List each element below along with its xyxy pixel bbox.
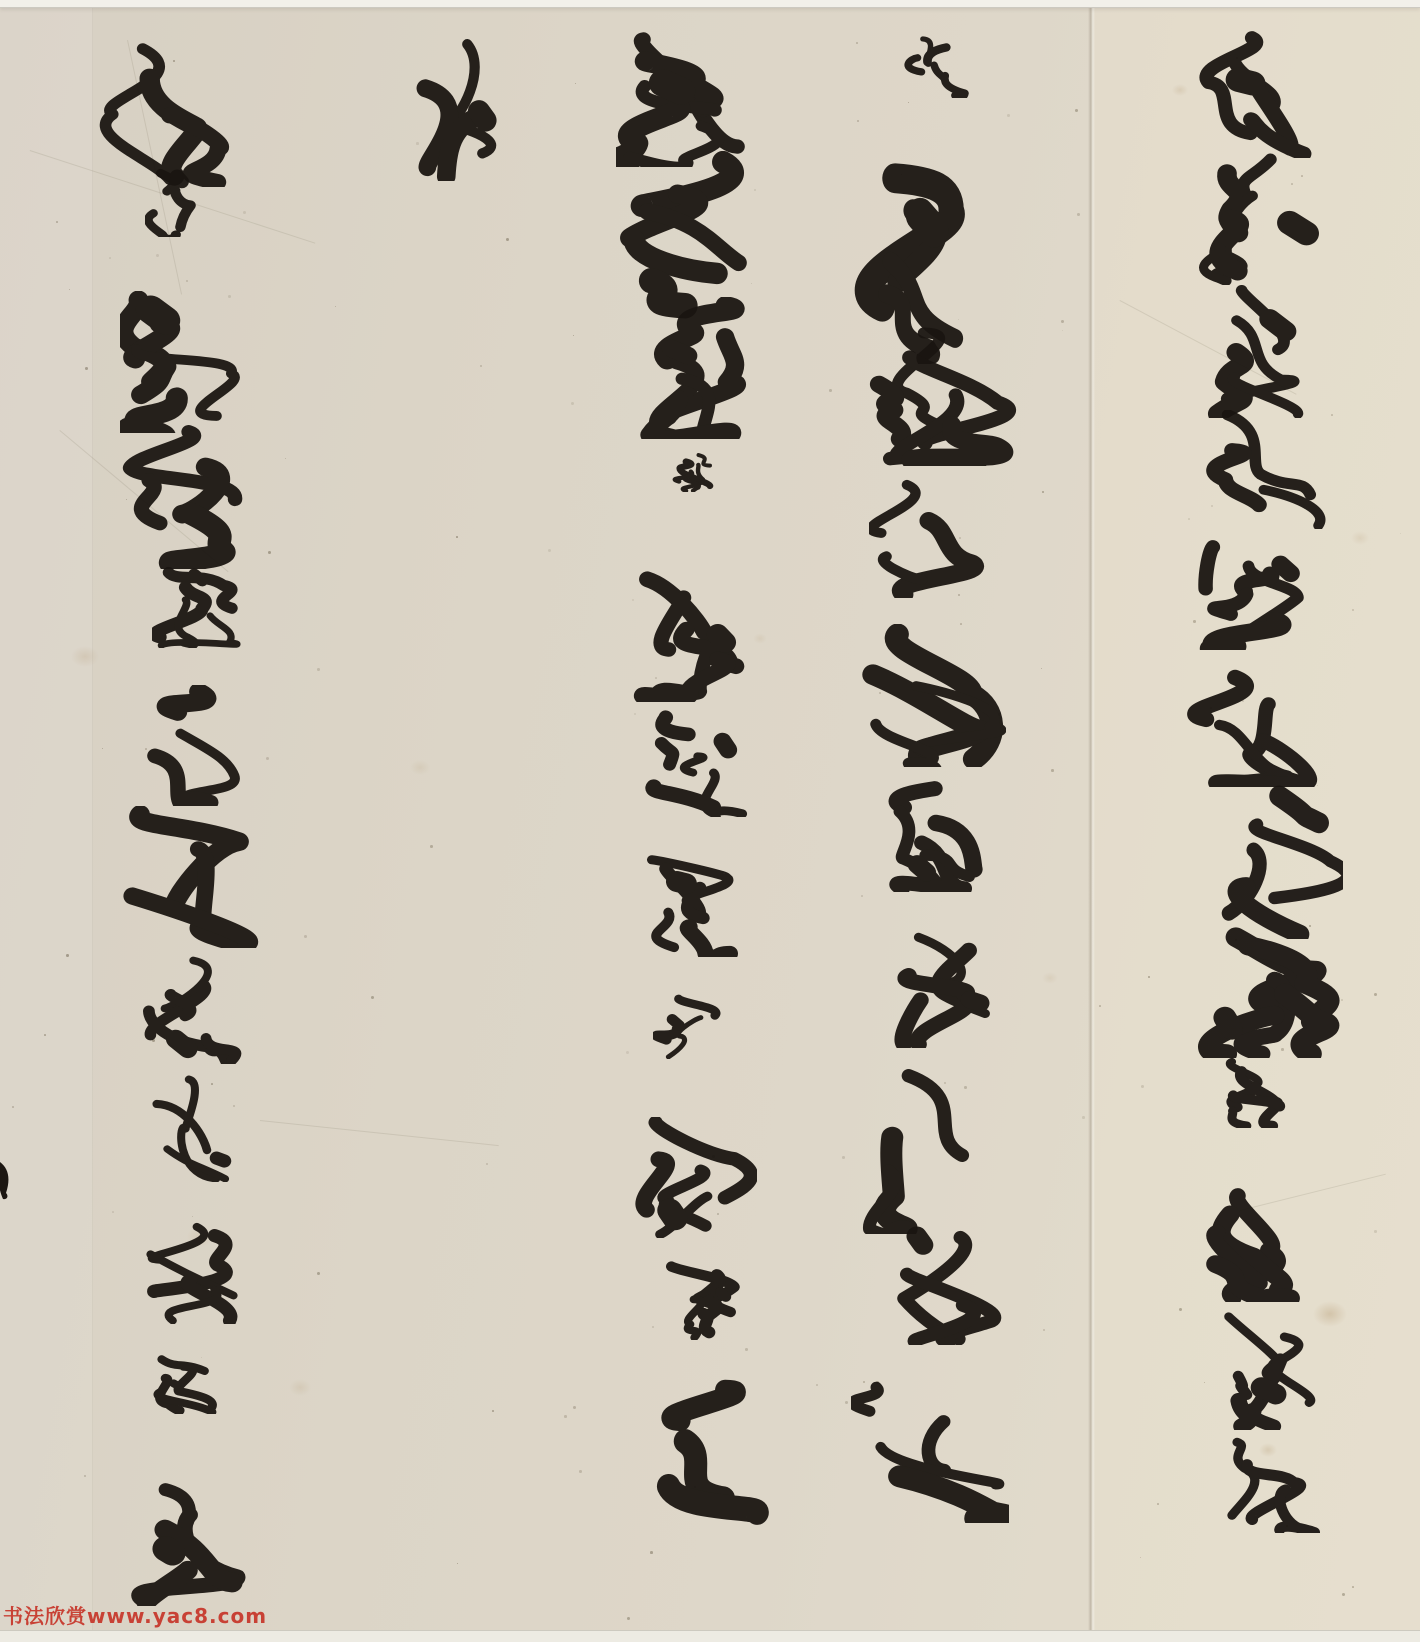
character-text: 桃 <box>856 624 1006 767</box>
calligraphy-character: 山 <box>152 1350 219 1414</box>
top-edge-strip <box>0 0 1420 8</box>
calligraphy-character: 幷 <box>136 1210 255 1324</box>
calligraphy-character: 孫 <box>390 29 540 181</box>
character-text: 法 <box>634 843 753 957</box>
calligraphy-character: 王 <box>886 779 1004 892</box>
character-text: 會 <box>132 950 251 1064</box>
calligraphy-character: 半 <box>869 478 995 598</box>
character-text: 拂 <box>1182 278 1329 418</box>
character-text: 半 <box>869 478 995 598</box>
character-text: 十 <box>653 988 728 1059</box>
character-text: 猿 <box>630 1117 757 1238</box>
character-text: 母 <box>878 920 1012 1048</box>
calligraphy-character: 麝 <box>1201 1304 1333 1430</box>
calligraphy-character: 要 <box>640 710 752 817</box>
calligraphy-character: 白 <box>659 1255 748 1340</box>
calligraphy-character: 靈 <box>113 413 277 569</box>
character-text: 蘭 <box>1193 1176 1325 1302</box>
calligraphy-character: 雪 <box>859 316 1017 466</box>
character-text: 支 <box>126 685 253 806</box>
character-text: 歸 <box>630 297 779 439</box>
character-text: 舞 <box>613 1374 781 1552</box>
calligraphy-character: 會 <box>132 950 251 1064</box>
calligraphy-character: 猿 <box>630 1117 757 1238</box>
character-text: 苟 <box>1204 410 1329 529</box>
partial-character-left-edge <box>0 1160 15 1202</box>
character-text: 山 <box>1218 1055 1294 1128</box>
calligraphy-text-block: 琴雲拂苟弦樂龍自山蘭麝生兰萬雪半桃王母壽此會古今歸一會要法十猿白舞孫開山祠靈久支… <box>0 0 1420 1642</box>
calligraphy-character: 舞 <box>613 1374 781 1552</box>
calligraphy-character: 山 <box>145 166 220 237</box>
calligraphy-scroll-photo: { "artwork": { "kind": "Chinese cursive-… <box>0 0 1420 1642</box>
character-text: 幷 <box>136 1210 255 1324</box>
character-text: 壽 <box>851 1069 1023 1234</box>
character-text: 麝 <box>1201 1304 1333 1430</box>
calligraphy-character: 苟 <box>1204 410 1329 529</box>
character-text: 有 <box>137 1075 249 1182</box>
character-text: 弦 <box>1194 531 1319 650</box>
calligraphy-character: 此 <box>878 1225 1004 1345</box>
calligraphy-character: 生 <box>1214 1432 1320 1533</box>
calligraphy-character: 會 <box>629 567 771 702</box>
character-text: 久 <box>152 560 244 648</box>
calligraphy-character: 十 <box>653 988 728 1059</box>
character-text: 山 <box>145 166 220 237</box>
character-text: 樂 <box>1187 661 1319 787</box>
aged-paper-background: 琴雲拂苟弦樂龍自山蘭麝生兰萬雪半桃王母壽此會古今歸一會要法十猿白舞孫開山祠靈久支… <box>0 0 1420 1642</box>
character-text: 祠 <box>127 1471 269 1606</box>
calligraphy-character: 雜 <box>115 806 264 948</box>
calligraphy-character: 有 <box>137 1075 249 1182</box>
calligraphy-character: 支 <box>126 685 253 806</box>
calligraphy-character: 雲 <box>1185 145 1332 285</box>
watermark: 书法欣赏www.yac8.com <box>3 1600 267 1629</box>
bottom-edge-strip <box>0 1630 1420 1642</box>
calligraphy-character: 自 <box>1194 918 1341 1058</box>
character-text: 白 <box>659 1255 748 1340</box>
calligraphy-character: 一 <box>670 449 715 492</box>
calligraphy-character: 兰 <box>900 30 971 98</box>
character-text: 孫 <box>390 29 540 181</box>
character-text: 一 <box>670 449 715 492</box>
calligraphy-character: 母 <box>878 920 1012 1048</box>
calligraphy-character: 山 <box>1218 1055 1294 1128</box>
character-text: 雜 <box>115 806 264 948</box>
calligraphy-character: 久 <box>152 560 244 648</box>
calligraphy-character: 桃 <box>856 624 1006 767</box>
character-text: 雲 <box>1185 145 1332 285</box>
calligraphy-character: 歸 <box>630 297 779 439</box>
character-text: 自 <box>1194 918 1341 1058</box>
calligraphy-character: 會 <box>851 1373 1009 1523</box>
character-text: 此 <box>878 1225 1004 1345</box>
character-text: 會 <box>851 1373 1009 1523</box>
character-text: 山 <box>152 1350 219 1414</box>
calligraphy-character: 樂 <box>1187 661 1319 787</box>
calligraphy-character: 祠 <box>127 1471 269 1606</box>
character-text: 王 <box>886 779 1004 892</box>
character-text: 會 <box>629 567 771 702</box>
calligraphy-character: 法 <box>634 843 753 957</box>
character-text: 要 <box>640 710 752 817</box>
character-text: 雪 <box>859 316 1017 466</box>
character-text: 生 <box>1214 1432 1320 1533</box>
character-text: 兰 <box>900 30 971 98</box>
calligraphy-character: 蘭 <box>1193 1176 1325 1302</box>
calligraphy-character: 弦 <box>1194 531 1319 650</box>
calligraphy-character: 拂 <box>1182 278 1329 418</box>
calligraphy-character: 壽 <box>851 1069 1023 1234</box>
character-text: 靈 <box>113 413 277 569</box>
